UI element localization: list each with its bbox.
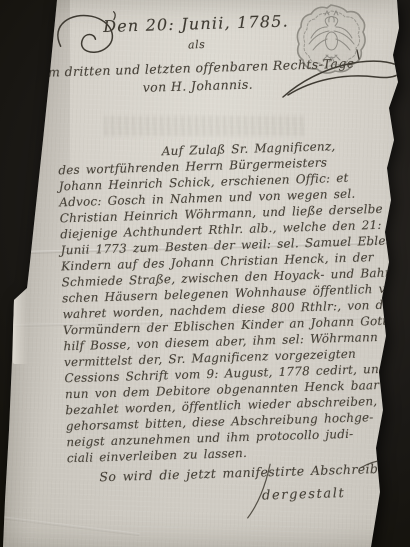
photo-background: Den 20: Junii, 1785. als am dritten und … <box>0 0 410 547</box>
paper-shadow: Den 20: Junii, 1785. als am dritten und … <box>0 0 410 547</box>
closing-flourish <box>0 0 410 547</box>
handwriting-layer: Den 20: Junii, 1785. als am dritten und … <box>0 0 410 547</box>
manuscript-paper: Den 20: Junii, 1785. als am dritten und … <box>0 0 410 547</box>
